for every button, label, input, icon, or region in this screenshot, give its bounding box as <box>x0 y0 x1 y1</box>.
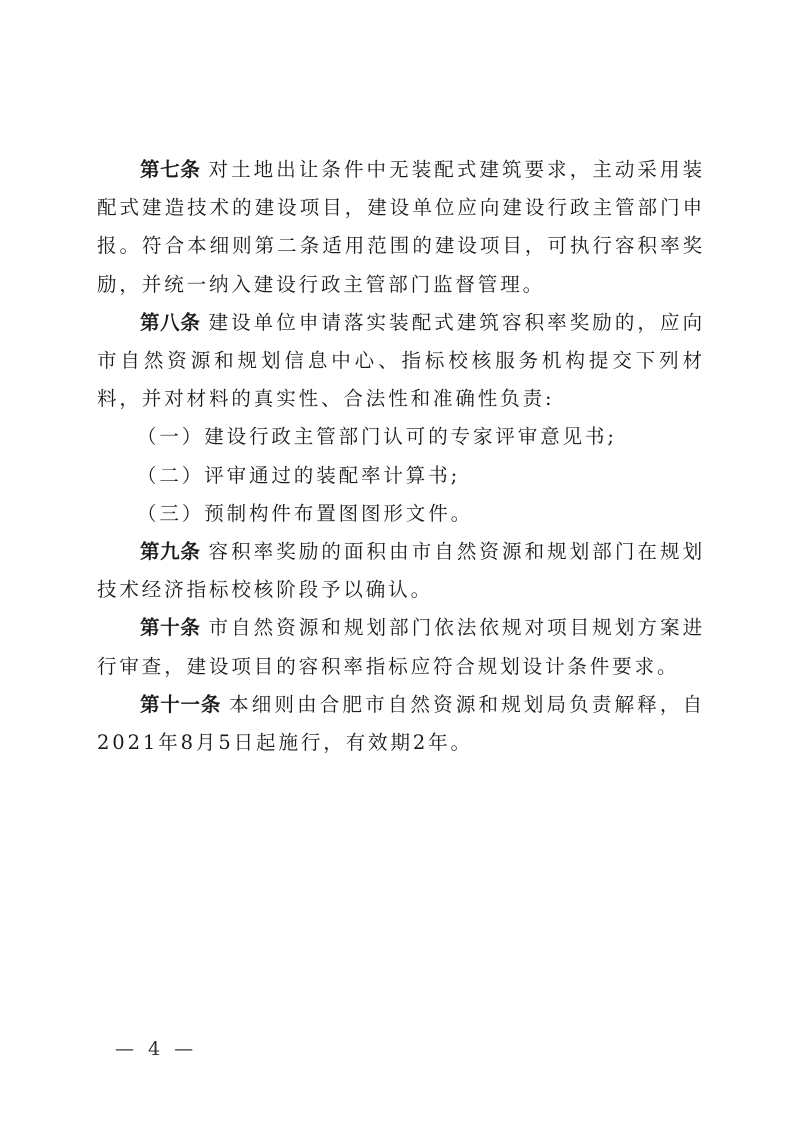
article-9: 第九条容积率奖励的面积由市自然资源和规划部门在规划技术经济指标校核阶段予以确认。 <box>97 533 705 609</box>
article-heading: 第七条 <box>140 158 201 181</box>
article-10: 第十条市自然资源和规划部门依法依规对项目规划方案进行审查，建设项目的容积率指标应… <box>97 609 705 685</box>
document-body: 第七条对土地出让条件中无装配式建筑要求，主动采用装配式建造技术的建设项目，建设单… <box>97 151 705 762</box>
article-11: 第十一条本细则由合肥市自然资源和规划局负责解释，自2021年8月5日起施行，有效… <box>97 686 705 762</box>
article-heading: 第十条 <box>140 616 201 639</box>
article-heading: 第十一条 <box>140 693 221 716</box>
article-heading: 第八条 <box>140 311 201 334</box>
list-item: （一）建设行政主管部门认可的专家评审意见书; <box>97 418 705 456</box>
article-heading: 第九条 <box>140 540 201 563</box>
list-item: （二）评审通过的装配率计算书; <box>97 457 705 495</box>
page-number: — 4 — <box>115 1038 197 1060</box>
list-item: （三）预制构件布置图图形文件。 <box>97 495 705 533</box>
article-7: 第七条对土地出让条件中无装配式建筑要求，主动采用装配式建造技术的建设项目，建设单… <box>97 151 705 304</box>
article-8: 第八条建设单位申请落实装配式建筑容积率奖励的，应向市自然资源和规划信息中心、指标… <box>97 304 705 419</box>
